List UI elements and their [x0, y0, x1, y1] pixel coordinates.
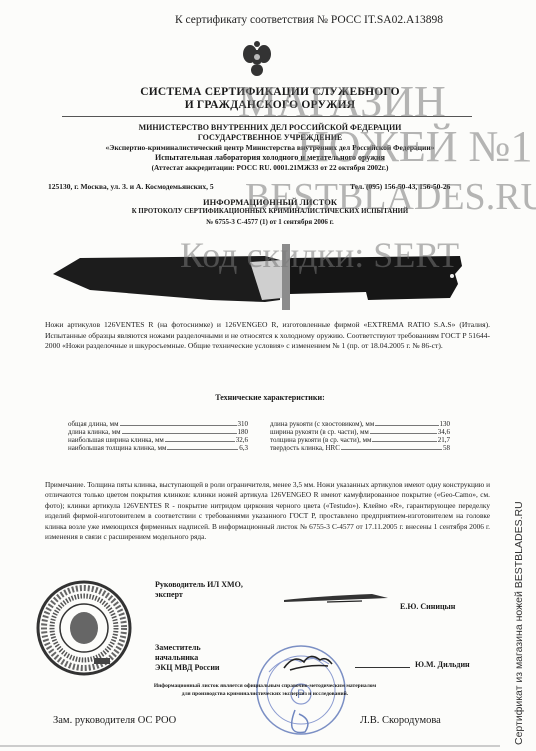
spec-row: ширина рукояти (в ср. части), мм34,6	[270, 428, 450, 436]
side-caption: Сертификат из магазина ножей BESTBLADES.…	[513, 501, 525, 745]
watermark-line2: НОЖЕЙ №1	[297, 125, 533, 169]
signature1	[282, 590, 392, 606]
spec-label: твердость клинка, HRC	[270, 444, 340, 452]
signer2-title-line1: Заместитель	[155, 643, 220, 653]
spec-value: 130	[440, 420, 451, 428]
tech-specs-title: Технические характеристики:	[40, 393, 500, 402]
watermark-line1: МАГАЗИН	[238, 80, 446, 124]
spec-label: наибольшая ширина клинка, мм	[68, 436, 164, 444]
spec-row: наибольшая толщина клинка, мм6,3	[68, 444, 248, 452]
spec-value: 180	[238, 428, 249, 436]
certificate-page: К сертификату соответствия № РОСС IT.SA0…	[0, 0, 536, 751]
spec-label: длина клинка, мм	[68, 428, 121, 436]
spec-row: длина рукояти (с хвостовиком), мм130	[270, 420, 450, 428]
spec-leader	[167, 444, 238, 450]
signer2-title-line3: ЭКЦ МВД России	[155, 663, 220, 673]
tech-specs-right: длина рукояти (с хвостовиком), мм130шири…	[270, 420, 450, 452]
watermark-line4: Код скидки: SERT	[180, 237, 459, 273]
spec-leader	[122, 428, 237, 434]
spec-label: общая длина, мм	[68, 420, 119, 428]
spec-value: 58	[443, 444, 450, 452]
signer2-name: Ю.М. Дильдин	[415, 660, 470, 669]
spec-label: ширина рукояти (в ср. части), мм	[270, 428, 369, 436]
signature2	[280, 650, 360, 674]
spec-label: толщина рукояти (в ср. части), мм	[270, 436, 371, 444]
bottom-signer-title: Зам. руководителя ОС РОО	[53, 715, 176, 726]
signer1-name: Е.Ю. Синицын	[400, 602, 455, 611]
spec-value: 310	[238, 420, 249, 428]
watermark-line3: BESTBLADES.RU	[245, 178, 536, 216]
description-paragraph: Ножи артикулов 126VENTES R (на фотоснимк…	[45, 320, 490, 352]
spec-value: 32,6	[236, 436, 248, 444]
signature2-line	[355, 667, 410, 668]
tech-specs-left: общая длина, мм310длина клинка, мм180наи…	[68, 420, 248, 452]
address: 125130, г. Москва, ул. З. и А. Космодемь…	[48, 182, 214, 191]
spec-row: толщина рукояти (в ср. части), мм21,7	[270, 436, 450, 444]
signer2-title: Заместитель начальника ЭКЦ МВД России	[155, 643, 220, 673]
signer2-title-line2: начальника	[155, 653, 220, 663]
signer1-title-line2: эксперт	[155, 590, 243, 600]
spec-row: твердость клинка, HRC58	[270, 444, 450, 452]
bottom-signer-name: Л.В. Скородумова	[360, 715, 441, 726]
note-paragraph: Примечание. Толщина пяты клинка, выступа…	[45, 480, 490, 542]
spec-leader	[165, 436, 235, 442]
page-bottom-edge	[0, 745, 500, 747]
footnote: Информационный листок является официальн…	[100, 682, 430, 698]
spec-leader	[372, 436, 436, 442]
spec-value: 34,6	[438, 428, 450, 436]
spec-value: 6,3	[239, 444, 248, 452]
certificate-reference: К сертификату соответствия № РОСС IT.SA0…	[175, 14, 443, 26]
spec-leader	[375, 420, 438, 426]
spec-row: наибольшая ширина клинка, мм32,6	[68, 436, 248, 444]
spec-label: наибольшая толщина клинка, мм	[68, 444, 166, 452]
spec-label: длина рукояти (с хвостовиком), мм	[270, 420, 374, 428]
spec-leader	[341, 444, 442, 450]
coat-of-arms-icon	[241, 38, 273, 78]
spec-value: 21,7	[438, 436, 450, 444]
signer1-title-line1: Руководитель ИЛ ХМО,	[155, 580, 243, 590]
signer1-title: Руководитель ИЛ ХМО, эксперт	[155, 580, 243, 600]
ministry-seal	[36, 580, 132, 676]
info-sheet-number: № 6755-3 С-4577 (1) от 1 сентября 2006 г…	[40, 217, 500, 227]
footnote-line2: для производства криминалистических эксп…	[100, 690, 430, 698]
spec-row: длина клинка, мм180	[68, 428, 248, 436]
spec-leader	[120, 420, 237, 426]
spec-row: общая длина, мм310	[68, 420, 248, 428]
spec-leader	[370, 428, 437, 434]
footnote-line1: Информационный листок является официальн…	[100, 682, 430, 690]
